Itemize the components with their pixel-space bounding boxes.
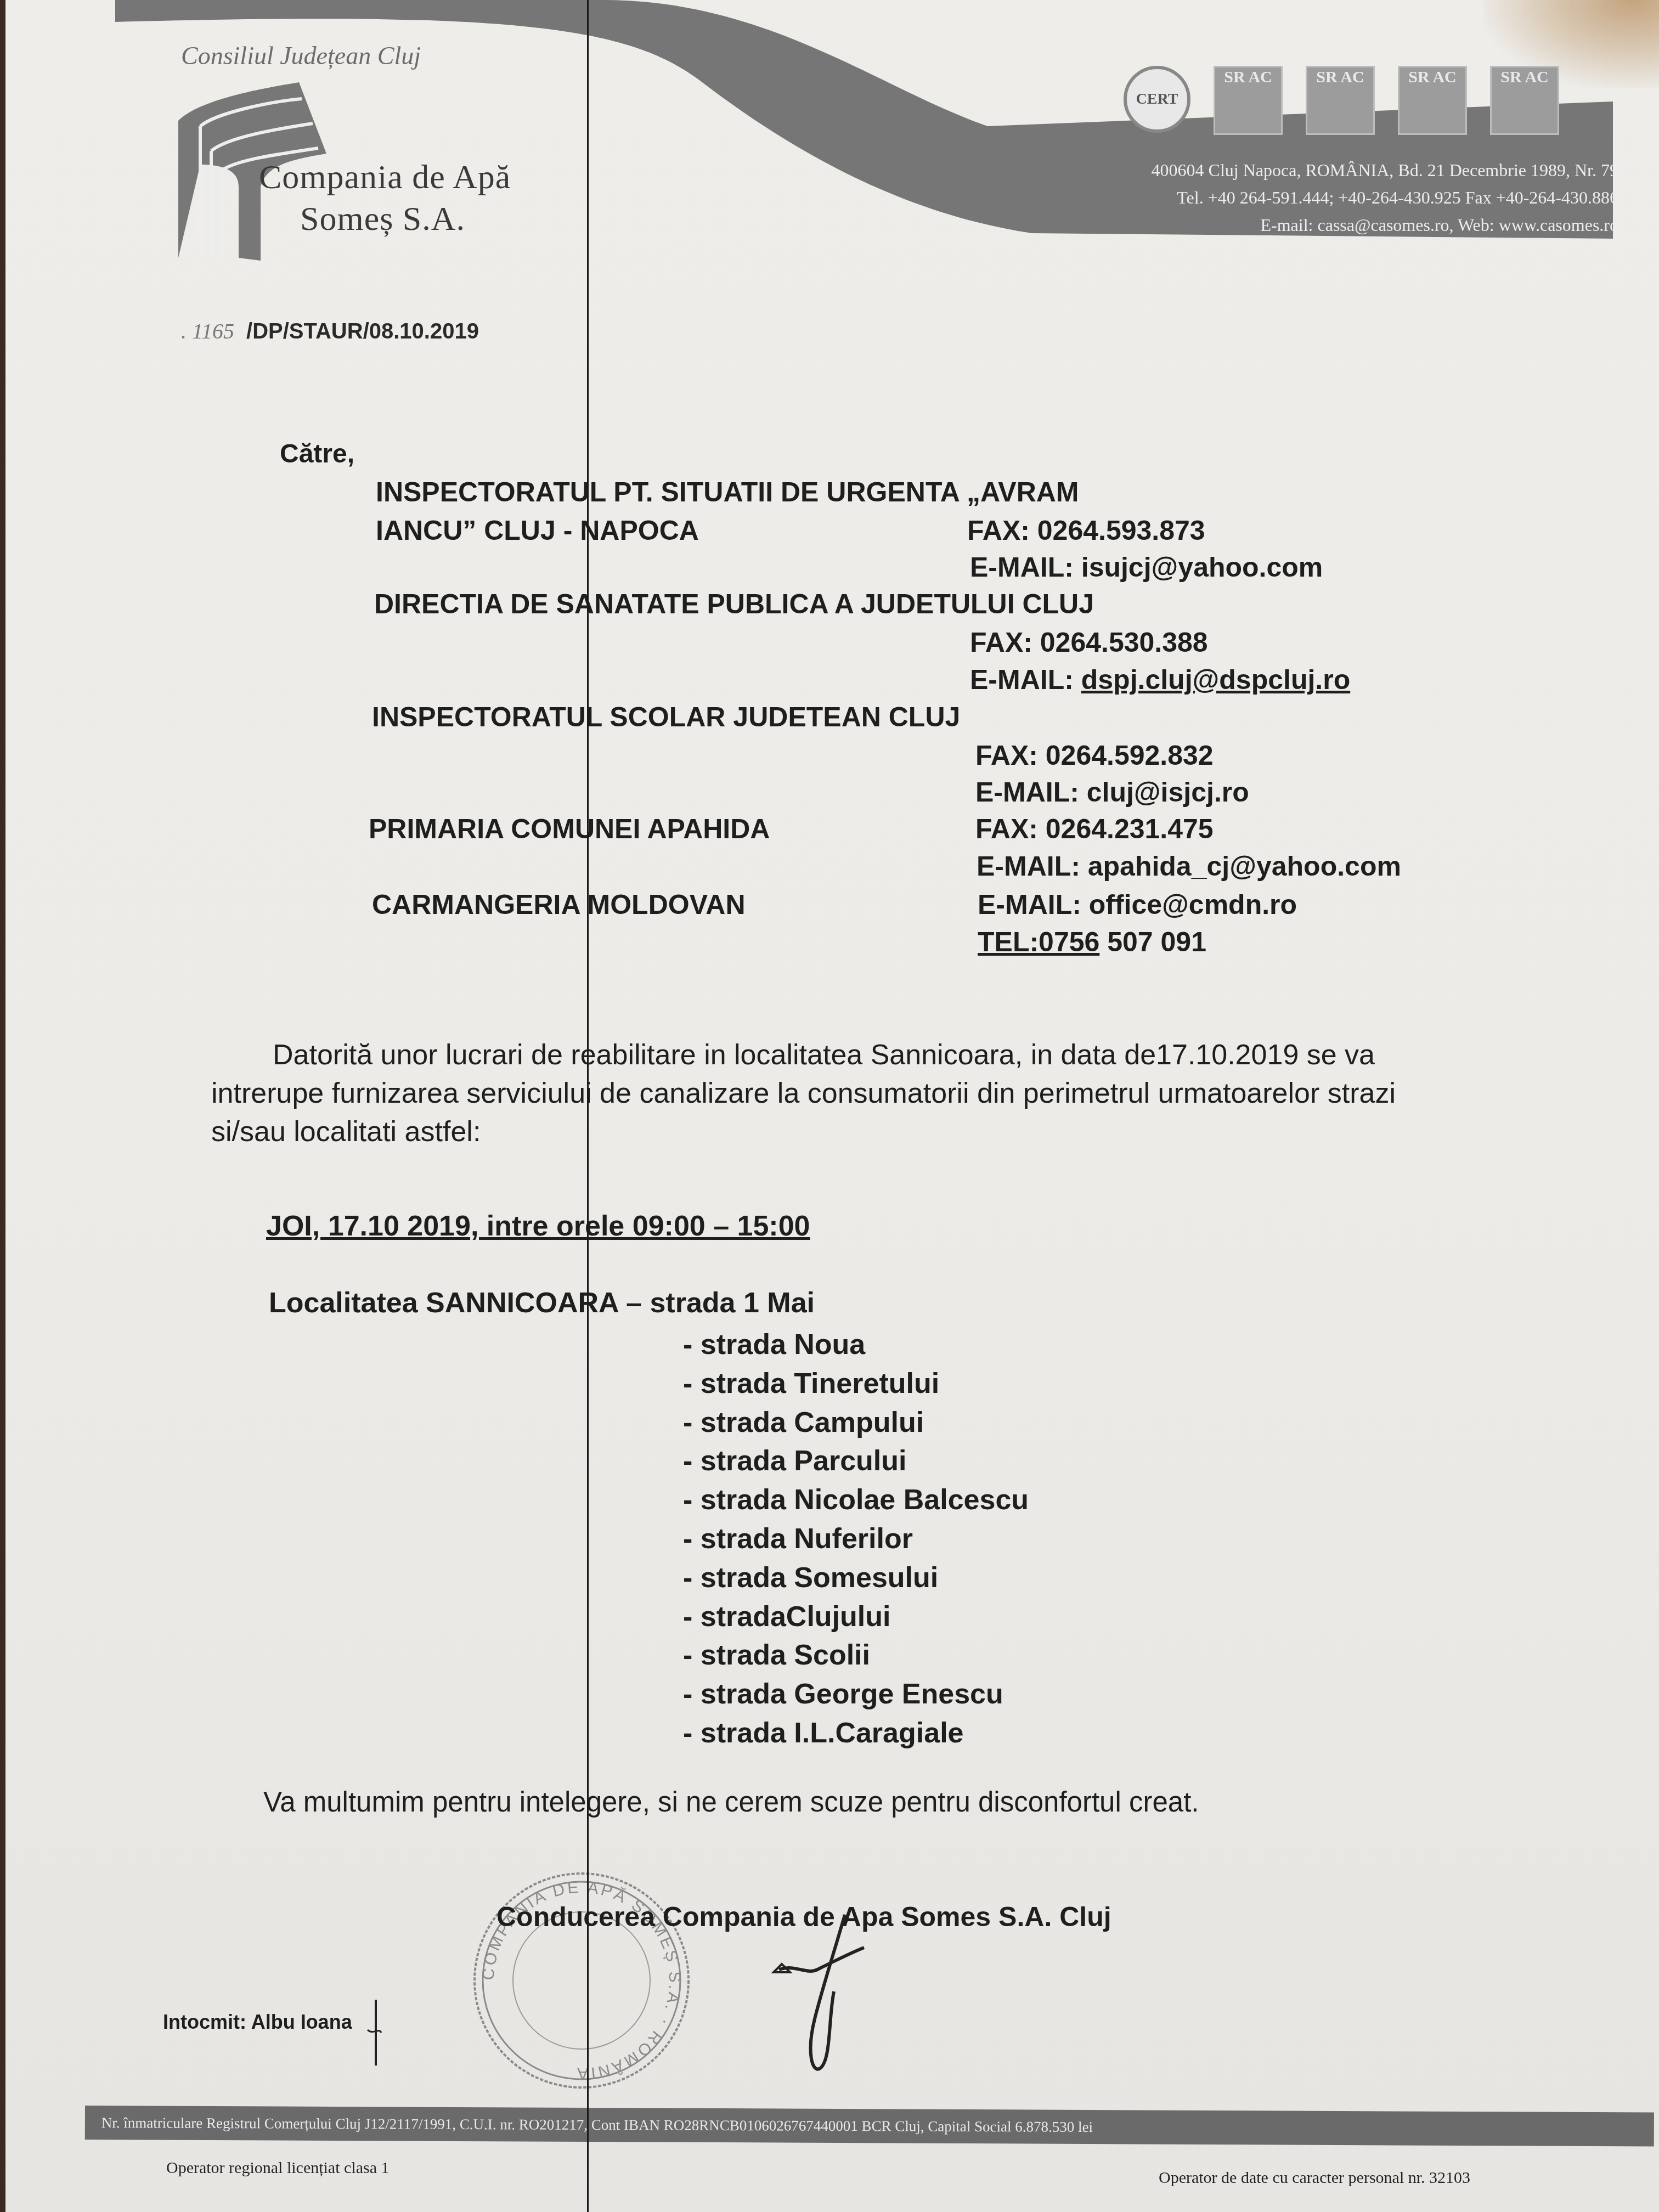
interruption-schedule: JOI, 17.10 2019, intre orele 09:00 – 15:… bbox=[266, 1210, 810, 1243]
body-text-line1: Datorită unor lucrari de reabilitare in … bbox=[273, 1039, 1375, 1071]
reference-code: /DP/STAUR/08.10.2019 bbox=[246, 319, 479, 343]
street-list: - strada Noua - strada Tineretului - str… bbox=[683, 1325, 1029, 1753]
recipient-1-name-line1: INSPECTORATUL PT. SITUATII DE URGENTA „A… bbox=[376, 476, 1079, 508]
certification-badge-icon: SR AC bbox=[1490, 66, 1559, 135]
prepared-by: Intocmit: Albu Ioana bbox=[163, 2011, 352, 2034]
certification-logos: CERT SR AC SR AC SR AC SR AC bbox=[1124, 66, 1559, 135]
recipient-3-email: E-MAIL: cluj@isjcj.ro bbox=[975, 776, 1249, 808]
company-web: E-mail: cassa@casomes.ro, Web: www.casom… bbox=[949, 211, 1618, 239]
company-logo-text: Compania de Apă Someș S.A. bbox=[259, 156, 511, 240]
recipient-5-email: E-MAIL: office@cmdn.ro bbox=[978, 889, 1297, 921]
certification-badge-icon: SR AC bbox=[1214, 66, 1283, 135]
company-address: 400604 Cluj Napoca, ROMÂNIA, Bd. 21 Dece… bbox=[949, 156, 1618, 184]
photo-left-edge bbox=[0, 0, 5, 2212]
list-item: - strada Nicolae Balcescu bbox=[683, 1481, 1029, 1520]
recipient-1-name-line2: IANCU” CLUJ - NAPOCA bbox=[376, 515, 699, 546]
recipient-3-fax: FAX: 0264.592.832 bbox=[975, 740, 1214, 771]
letter-page: Consiliul Județean Cluj Compania de Apă … bbox=[0, 0, 1659, 2212]
list-item: - strada Campului bbox=[683, 1403, 1029, 1442]
list-item: - strada Parcului bbox=[683, 1442, 1029, 1481]
body-text-line2: intrerupe furnizarea serviciului de cana… bbox=[211, 1077, 1396, 1110]
recipient-5-phone-rest: 507 091 bbox=[1099, 927, 1206, 957]
list-item: - strada Scolii bbox=[683, 1636, 1029, 1675]
signature-icon bbox=[768, 1909, 878, 2074]
recipient-5-phone: TEL:0756 507 091 bbox=[978, 926, 1206, 958]
certification-badge-icon: SR AC bbox=[1398, 66, 1467, 135]
recipient-2-fax: FAX: 0264.530.388 bbox=[970, 627, 1208, 658]
company-phones: Tel. +40 264-591.444; +40-264-430.925 Fa… bbox=[949, 184, 1618, 211]
certification-badge-icon: CERT bbox=[1124, 66, 1190, 133]
company-name-line2: Someș S.A. bbox=[259, 198, 511, 240]
recipient-2-name: DIRECTIA DE SANATATE PUBLICA A JUDETULUI… bbox=[374, 588, 1094, 620]
recipient-5-phone-underlined: TEL:0756 bbox=[978, 927, 1099, 957]
footer-data-operator: Operator de date cu caracter personal nr… bbox=[1159, 2169, 1470, 2187]
locality-label: Localitatea SANNICOARA – strada 1 Mai bbox=[269, 1286, 815, 1319]
closing-thanks: Va multumim pentru intelegere, si ne cer… bbox=[263, 1786, 1199, 1818]
list-item: - stradaClujului bbox=[683, 1598, 1029, 1637]
list-item: - strada Noua bbox=[683, 1325, 1029, 1364]
reference-number: . 1165/DP/STAUR/08.10.2019 bbox=[181, 318, 479, 344]
list-item: - strada Somesului bbox=[683, 1559, 1029, 1598]
recipient-2-email: E-MAIL: dspj.cluj@dspcluj.ro bbox=[970, 664, 1350, 696]
recipient-1-fax: FAX: 0264.593.873 bbox=[967, 515, 1205, 546]
handwritten-registration-number: . 1165 bbox=[181, 319, 234, 343]
list-item: - strada I.L.Caragiale bbox=[683, 1714, 1029, 1753]
fold-crease-line bbox=[587, 0, 589, 2212]
letterhead-contact: 400604 Cluj Napoca, ROMÂNIA, Bd. 21 Dece… bbox=[949, 156, 1618, 239]
salutation: Către, bbox=[280, 439, 354, 469]
list-item: - strada Nuferilor bbox=[683, 1520, 1029, 1559]
initials-signature-icon bbox=[357, 1997, 390, 2068]
list-item: - strada Tineretului bbox=[683, 1364, 1029, 1403]
email-label: E-MAIL: bbox=[970, 664, 1081, 695]
list-item: - strada George Enescu bbox=[683, 1675, 1029, 1714]
recipient-4-email: E-MAIL: apahida_cj@yahoo.com bbox=[977, 850, 1401, 882]
recipient-4-fax: FAX: 0264.231.475 bbox=[975, 813, 1214, 845]
recipient-4-name: PRIMARIA COMUNEI APAHIDA bbox=[369, 813, 770, 845]
recipient-2-email-link[interactable]: dspj.cluj@dspcluj.ro bbox=[1081, 664, 1350, 695]
recipient-1-email: E-MAIL: isujcj@yahoo.com bbox=[970, 551, 1323, 583]
recipient-5-name: CARMANGERIA MOLDOVAN bbox=[372, 889, 746, 921]
body-text-line3: si/sau localitati astfel: bbox=[211, 1115, 481, 1148]
footer-operator-license: Operator regional licențiat clasa 1 bbox=[166, 2159, 389, 2177]
council-name: Consiliul Județean Cluj bbox=[181, 41, 421, 70]
company-stamp-icon: COMPANIA DE APĂ SOMEȘ S.A. · ROMÂNIA bbox=[466, 1865, 697, 2096]
company-name-line1: Compania de Apă bbox=[259, 159, 511, 196]
certification-badge-icon: SR AC bbox=[1306, 66, 1375, 135]
recipient-3-name: INSPECTORATUL SCOLAR JUDETEAN CLUJ bbox=[372, 701, 960, 733]
footer-registration-band: Nr. înmatriculare Registrul Comerțului C… bbox=[85, 2106, 1654, 2146]
